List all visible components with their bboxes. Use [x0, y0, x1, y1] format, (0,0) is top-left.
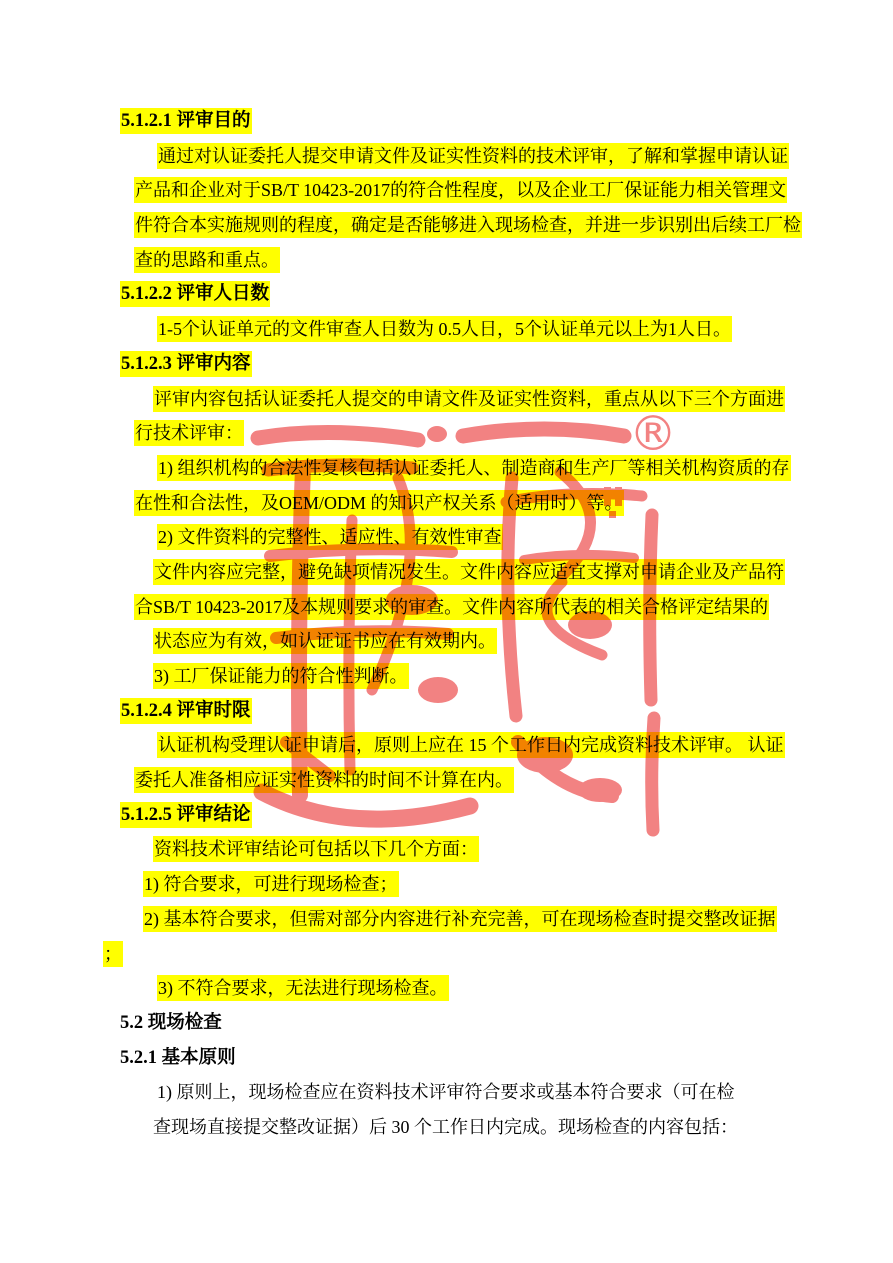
highlighted-text: 状态应为有效，如认证证书应在有效期内。 [153, 628, 497, 654]
doc-text-line: 认证机构受理认证申请后，原则上应在 15 个工作日内完成资料技术评审。 认证 [157, 728, 893, 763]
doc-text-line: 合SB/T 10423-2017及本规则要求的审查。文件内容所代表的相关合格评定… [134, 590, 893, 625]
doc-text-line: 查的思路和重点。 [134, 243, 893, 278]
doc-text-line: 通过对认证委托人提交申请文件及证实性资料的技术评审，了解和掌握申请认证 [157, 139, 893, 174]
doc-text-line: 状态应为有效，如认证证书应在有效期内。 [153, 624, 893, 659]
highlighted-text: 5.1.2.1 评审目的 [120, 108, 252, 134]
doc-text-line: 3) 工厂保证能力的符合性判断。 [153, 659, 893, 694]
highlighted-text: 3) 工厂保证能力的符合性判断。 [153, 663, 409, 689]
highlighted-text: 通过对认证委托人提交申请文件及证实性资料的技术评审，了解和掌握申请认证 [157, 143, 789, 169]
plain-text: 5.2.1 基本原则 [120, 1048, 236, 1068]
doc-text-line: 1) 原则上，现场检查应在资料技术评审符合要求或基本符合要求（可在检 [157, 1075, 893, 1110]
doc-text-line: ； [103, 937, 893, 972]
highlighted-text: 在性和合法性，及OEM/ODM 的知识产权关系（适用时）等。 [134, 490, 624, 516]
highlighted-text: 委托人准备相应证实性资料的时间不计算在内。 [134, 767, 514, 793]
doc-text-line: 查现场直接提交整改证据）后 30 个工作日内完成。现场检查的内容包括： [153, 1110, 893, 1145]
doc-text-line: 资料技术评审结论可包括以下几个方面： [153, 832, 893, 867]
plain-text: 5.2 现场检查 [120, 1013, 222, 1033]
doc-heading-line: 5.1.2.3 评审内容 [120, 347, 893, 382]
highlighted-text: 5.1.2.5 评审结论 [120, 802, 252, 828]
highlighted-text: 认证机构受理认证申请后，原则上应在 15 个工作日内完成资料技术评审。 认证 [157, 732, 785, 758]
highlighted-text: 2) 文件资料的完整性、适应性、有效性审查 [157, 524, 503, 550]
doc-heading-line: 5.2 现场检查 [120, 1006, 893, 1041]
highlighted-text: 3) 不符合要求，无法进行现场检查。 [157, 975, 449, 1001]
doc-heading-line: 5.1.2.2 评审人日数 [120, 277, 893, 312]
highlighted-text: 1) 组织机构的合法性复核包括认证委托人、制造商和生产厂等相关机构资质的存 [157, 455, 791, 481]
doc-heading-line: 5.1.2.1 评审目的 [120, 104, 893, 139]
highlighted-text: 2) 基本符合要求，但需对部分内容进行补充完善，可在现场检查时提交整改证据 [143, 906, 777, 932]
doc-text-line: 2) 文件资料的完整性、适应性、有效性审查 [157, 520, 893, 555]
highlighted-text: 1) 符合要求，可进行现场检查； [143, 871, 399, 897]
doc-text-line: 1) 组织机构的合法性复核包括认证委托人、制造商和生产厂等相关机构资质的存 [157, 451, 893, 486]
doc-text-line: 在性和合法性，及OEM/ODM 的知识产权关系（适用时）等。 [134, 486, 893, 521]
doc-text-line: 行技术评审： [134, 416, 893, 451]
highlighted-text: 评审内容包括认证委托人提交的申请文件及证实性资料，重点从以下三个方面进 [153, 386, 785, 412]
doc-text-line: 文件内容应完整，避免缺项情况发生。文件内容应适宜支撑对申请企业及产品符 [153, 555, 893, 590]
highlighted-text: 产品和企业对于SB/T 10423-2017的符合性程度，以及企业工厂保证能力相… [134, 177, 787, 203]
doc-heading-line: 5.1.2.5 评审结论 [120, 798, 893, 833]
highlighted-text: 件符合本实施规则的程度，确定是否能够进入现场检查，并进一步识别出后续工厂检 [134, 212, 802, 238]
highlighted-text: 5.1.2.3 评审内容 [120, 351, 252, 377]
highlighted-text: 行技术评审： [134, 420, 244, 446]
highlighted-text: 资料技术评审结论可包括以下几个方面： [153, 836, 479, 862]
doc-heading-line: 5.1.2.4 评审时限 [120, 694, 893, 729]
doc-text-line: 产品和企业对于SB/T 10423-2017的符合性程度，以及企业工厂保证能力相… [134, 173, 893, 208]
highlighted-text: ； [103, 941, 123, 967]
highlighted-text: 5.1.2.2 评审人日数 [120, 281, 270, 307]
doc-text-line: 2) 基本符合要求，但需对部分内容进行补充完善，可在现场检查时提交整改证据 [143, 902, 893, 937]
doc-heading-line: 5.2.1 基本原则 [120, 1041, 893, 1076]
plain-text: 1) 原则上，现场检查应在资料技术评审符合要求或基本符合要求（可在检 [157, 1082, 735, 1102]
document-body: 5.1.2.1 评审目的通过对认证委托人提交申请文件及证实性资料的技术评审，了解… [0, 104, 893, 1145]
highlighted-text: 1-5个认证单元的文件审查人日数为 0.5人日，5个认证单元以上为1人日。 [157, 316, 732, 342]
doc-text-line: 评审内容包括认证委托人提交的申请文件及证实性资料，重点从以下三个方面进 [153, 382, 893, 417]
highlighted-text: 文件内容应完整，避免缺项情况发生。文件内容应适宜支撑对申请企业及产品符 [153, 559, 785, 585]
highlighted-text: 合SB/T 10423-2017及本规则要求的审查。文件内容所代表的相关合格评定… [134, 594, 769, 620]
highlighted-text: 查的思路和重点。 [134, 247, 280, 273]
plain-text: 查现场直接提交整改证据）后 30 个工作日内完成。现场检查的内容包括： [153, 1117, 738, 1137]
doc-text-line: 1) 符合要求，可进行现场检查； [143, 867, 893, 902]
doc-text-line: 1-5个认证单元的文件审查人日数为 0.5人日，5个认证单元以上为1人日。 [157, 312, 893, 347]
doc-text-line: 委托人准备相应证实性资料的时间不计算在内。 [134, 763, 893, 798]
doc-text-line: 3) 不符合要求，无法进行现场检查。 [157, 971, 893, 1006]
doc-text-line: 件符合本实施规则的程度，确定是否能够进入现场检查，并进一步识别出后续工厂检 [134, 208, 893, 243]
highlighted-text: 5.1.2.4 评审时限 [120, 698, 252, 724]
